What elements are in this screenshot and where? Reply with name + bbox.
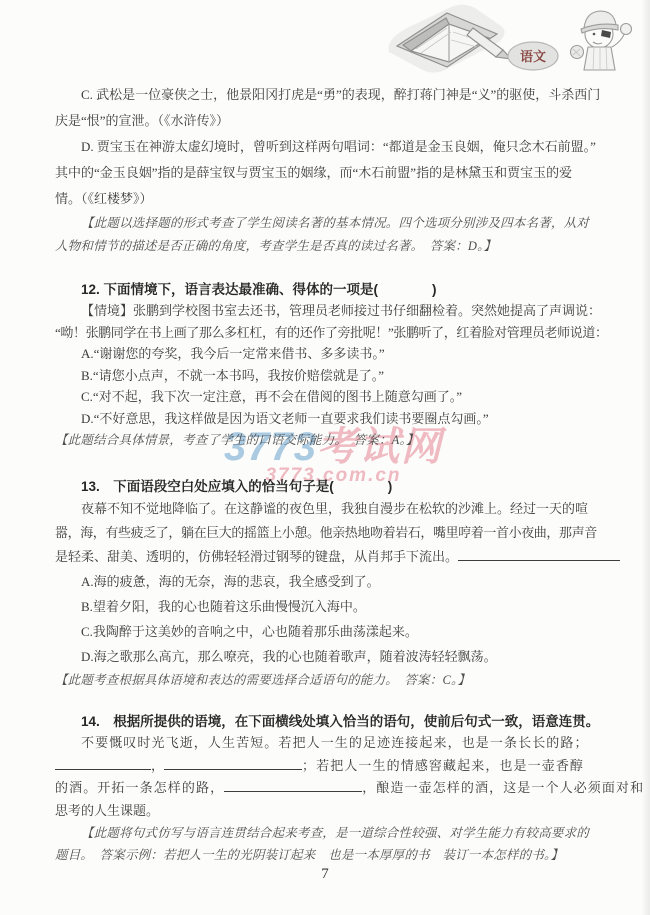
- option-d-line-1: D. 贾宝玉在神游太虚幻境时，曾听到这样两句唱词：“都道是金玉良姻，俺只念木石前…: [55, 134, 600, 160]
- option-a: A.海的疲惫，海的无奈，海的悲哀，我全感受到了。: [55, 569, 600, 594]
- body-line-2-text: ；若把人一生的情感窖藏起来，也是一壶香醇: [302, 758, 584, 773]
- option-d: D.“不好意思，我这样做是因为语文老师一直要求我们读书要圈点勾画。”: [55, 408, 600, 430]
- question-11-options: C. 武松是一位豪侠之士，他景阳冈打虎是“勇”的表现，醉打蒋门神是“义”的驱使，…: [55, 82, 600, 212]
- analysis-line: 【此题以选择题的形式考查了学生阅读名著的基本情况。四个选项分别涉及四本名著，从对: [55, 212, 600, 235]
- cartoon-boy-illustration: [571, 11, 632, 70]
- answer-blank-3: [224, 779, 362, 792]
- question-13-options: A.海的疲惫，海的无奈，海的悲哀，我全感受到了。 B.望着夕阳，我的心也随着这乐…: [55, 569, 600, 669]
- question-14-title: 14. 根据所提供的语境，在下面横线处填入恰当的语句，使前后句式一致，语意连贯。: [55, 712, 600, 732]
- question-13-title: 13. 下面语段空白处应填入的恰当句子是( ): [55, 477, 600, 497]
- separator: ，: [151, 758, 164, 773]
- body-line-3-rest: ，酿造一壶怎样的酒，这是一个人必须面对和: [362, 780, 644, 795]
- option-c: C.我陶醉于这美妙的音响之中，心也随着那乐曲荡漾起来。: [55, 619, 600, 644]
- question-13-passage: 夜幕不知不觉地降临了。在这静谧的夜色里，我独自漫步在松软的沙滩上。经过一天的喧 …: [55, 497, 600, 569]
- analysis-line: 【此题考查根据具体语境和表达的需要选择合适语句的能力。 答案：C。】: [55, 669, 600, 692]
- option-b: B.望着夕阳，我的心也随着这乐曲慢慢沉入海中。: [55, 594, 600, 619]
- option-c: C.“对不起，我下次一定注意，再不会在借阅的图书上随意勾画了。”: [55, 386, 600, 408]
- analysis-line: 【此题结合具体情景，考查了学生的口语交际能力。 答案：A。】: [55, 429, 600, 451]
- page-number: 7: [0, 866, 650, 883]
- question-12-title: 12. 下面情境下，语言表达最准确、得体的一项是( ): [55, 280, 600, 300]
- passage-line-3-text: 是轻柔、甜美、透明的，仿佛轻轻滑过钢琴的键盘，从肖邦手下流出。: [55, 549, 458, 564]
- option-d-line-3: 情。（《红楼梦》）: [55, 186, 600, 212]
- answer-blank-1: [55, 757, 151, 770]
- analysis-line: 题目。 答案示例：若把人一生的光阴装订起来 也是一本厚厚的书 装订一本怎样的书。…: [55, 844, 600, 866]
- body-line-3-pre: 的酒。开拓一条怎样的路，: [55, 780, 224, 795]
- analysis-line: 【此题将句式仿写与语言连贯结合起来考查，是一道综合性较强、对学生能力有较高要求的: [55, 822, 600, 844]
- option-c-line-1: C. 武松是一位豪侠之士，他景阳冈打虎是“勇”的表现，醉打蒋门神是“义”的驱使，…: [55, 82, 600, 108]
- answer-blank: [458, 548, 620, 561]
- page-content: C. 武松是一位豪侠之士，他景阳冈打虎是“勇”的表现，醉打蒋门神是“义”的驱使，…: [55, 82, 600, 866]
- context-line-1: 【情境】张鹏到学校图书室去还书，管理员老师接过书仔细翻检着。突然她提高了声调说：: [55, 300, 600, 322]
- question-14: 14. 根据所提供的语境，在下面横线处填入恰当的语句，使前后句式一致，语意连贯。…: [55, 712, 600, 866]
- subject-badge: 语文: [520, 49, 546, 64]
- question-13: 13. 下面语段空白处应填入的恰当句子是( ) 夜幕不知不觉地降临了。在这静谧的…: [55, 477, 600, 692]
- body-line-3: 的酒。开拓一条怎样的路，，酿造一壶怎样的酒，这是一个人必须面对和: [55, 777, 600, 800]
- option-d-line-2: 其中的“金玉良姻”指的是薛宝钗与贾宝玉的姻缘，而“木石前盟”指的是林黛玉和贾宝玉…: [55, 160, 600, 186]
- question-11-analysis: 【此题以选择题的形式考查了学生阅读名著的基本情况。四个选项分别涉及四本名著，从对…: [55, 212, 600, 258]
- answer-blank-2: [164, 757, 302, 770]
- question-13-analysis: 【此题考查根据具体语境和表达的需要选择合适语句的能力。 答案：C。】: [55, 669, 600, 692]
- header-illustration: 语文: [383, 0, 643, 80]
- passage-line-2: 嚣，海，有些疲乏了，躺在巨大的摇篮上小憩。他亲热地吻着岩石，嘴里哼着一首小夜曲，…: [55, 521, 600, 545]
- passage-line-3: 是轻柔、甜美、透明的，仿佛轻轻滑过钢琴的键盘，从肖邦手下流出。: [55, 545, 600, 569]
- subject-bubble: 语文: [508, 42, 558, 70]
- option-d: D.海之歌那么高亢，那么嘹亮，我的心也随着歌声，随着波涛轻轻飘荡。: [55, 644, 600, 669]
- question-12: 12. 下面情境下，语言表达最准确、得体的一项是( ) 【情境】张鹏到学校图书室…: [55, 280, 600, 451]
- option-b: B.“请您小点声，不就一本书吗，我按价赔偿就是了。”: [55, 365, 600, 387]
- analysis-line: 人物和情节的描述是否正确的角度，考查学生是否真的读过名著。 答案：D。】: [55, 235, 600, 258]
- option-a: A.“谢谢您的夸奖，我今后一定常来借书、多多读书。”: [55, 343, 600, 365]
- exam-page: 语文 3773考试网 3773.com.cn: [0, 0, 650, 915]
- question-12-analysis: 【此题结合具体情景，考查了学生的口语交际能力。 答案：A。】: [55, 429, 600, 451]
- question-14-body: 不要慨叹时光飞逝，人生苦短。若把人一生的足迹连接起来，也是一条长长的路； ，；若…: [55, 732, 600, 822]
- context-line-2: “呦！张鹏同学在书上画了那么多杠杠，有的还作了旁批呢！”张鹏听了，红着脸对管理员…: [55, 322, 600, 344]
- option-c-line-2: 庆是“恨”的宣泄。（《水浒传》）: [55, 108, 600, 134]
- question-14-analysis: 【此题将句式仿写与语言连贯结合起来考查，是一道综合性较强、对学生能力有较高要求的…: [55, 822, 600, 866]
- body-line-4: 思考的人生课题。: [55, 800, 600, 823]
- body-line-2: ，；若把人一生的情感窖藏起来，也是一壶香醇: [55, 755, 600, 778]
- passage-line-1: 夜幕不知不觉地降临了。在这静谧的夜色里，我独自漫步在松软的沙滩上。经过一天的喧: [55, 497, 600, 521]
- body-line-1: 不要慨叹时光飞逝，人生苦短。若把人一生的足迹连接起来，也是一条长长的路；: [55, 732, 600, 755]
- book-pencil-illustration: 语文: [383, 0, 643, 80]
- question-12-body: 【情境】张鹏到学校图书室去还书，管理员老师接过书仔细翻检着。突然她提高了声调说：…: [55, 300, 600, 429]
